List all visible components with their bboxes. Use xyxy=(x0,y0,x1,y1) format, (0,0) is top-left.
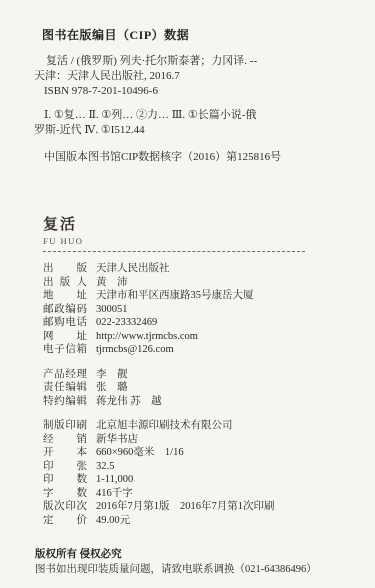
colophon-row: 特约编辑蒋龙伟 苏 越 xyxy=(43,395,347,409)
price-value: 49.00元 xyxy=(96,515,130,526)
colophon-value: 李 靓 xyxy=(96,369,128,380)
rights-statement: 版权所有 侵权必究 xyxy=(35,548,347,563)
cip-record-line2: 天津：天津人民出版社, 2016.7 xyxy=(34,69,347,84)
publishing-info-group: 出版天津人民出版社 出版人黄 沛 地址天津市和平区西康路35号康岳大厦 邮政编码… xyxy=(43,262,347,357)
book-title-pinyin: FU HUO xyxy=(43,236,347,246)
colophon-value: 2016年7月第1版 2016年7月第1次印刷 xyxy=(96,501,275,512)
colophon-value: 新华书店 xyxy=(96,434,138,445)
colophon-value: 660×960毫米 1/16 xyxy=(96,447,184,458)
colophon-label: 出版人 xyxy=(43,276,87,290)
cip-record-line1: 复活 / (俄罗斯) 列夫·托尔斯泰著；力冈译. -- xyxy=(34,54,347,69)
book-title: 复活 xyxy=(43,213,347,234)
cip-record-isbn: ISBN 978-7-201-10496-6 xyxy=(34,84,347,99)
colophon-label: 印张 xyxy=(43,460,87,474)
colophon-value: 北京旭丰源印刷技术有限公司 xyxy=(96,420,233,431)
colophon-row: 字数416千字 xyxy=(43,487,347,501)
divider-line xyxy=(43,251,305,252)
colophon-label: 电子信箱 xyxy=(43,343,87,357)
colophon-label: 出版 xyxy=(43,262,87,276)
title-block: 复活 FU HUO xyxy=(43,213,347,252)
cip-classification-line2: 罗斯-近代 Ⅳ. ①I512.44 xyxy=(34,123,347,138)
cip-classification-line1: Ⅰ. ①复… Ⅱ. ①列… ②力… Ⅲ. ①长篇小说-俄 xyxy=(34,108,347,123)
colophon-row: 制版印刷北京旭丰源印刷技术有限公司 xyxy=(43,419,347,433)
colophon-label: 字数 xyxy=(43,487,87,501)
colophon-label: 邮政编码 xyxy=(43,303,87,317)
colophon-label: 责任编辑 xyxy=(43,381,87,395)
colophon-row: 地址天津市和平区西康路35号康岳大厦 xyxy=(43,289,347,303)
colophon-label: 特约编辑 xyxy=(43,395,87,409)
colophon-label: 制版印刷 xyxy=(43,419,87,433)
colophon-value: 416千字 xyxy=(96,488,133,499)
colophon-label: 开本 xyxy=(43,446,87,460)
colophon-label: 定价 xyxy=(43,514,87,528)
colophon-label: 经销 xyxy=(43,433,87,447)
cip-classification: Ⅰ. ①复… Ⅱ. ①列… ②力… Ⅲ. ①长篇小说-俄 罗斯-近代 Ⅳ. ①I… xyxy=(34,108,347,138)
colophon-value: 32.5 xyxy=(96,461,114,472)
colophon-row: 经销新华书店 xyxy=(43,433,347,447)
quality-notice: 图书如出现印装质量问题，请致电联系调换（021-64386496） xyxy=(35,563,347,578)
editorial-staff-group: 产品经理李 靓 责任编辑张 璐 特约编辑蒋龙伟 苏 越 xyxy=(43,368,347,409)
colophon: 出版天津人民出版社 出版人黄 沛 地址天津市和平区西康路35号康岳大厦 邮政编码… xyxy=(43,262,347,527)
colophon-label: 印数 xyxy=(43,473,87,487)
colophon-row: 邮购电话022-23332469 xyxy=(43,316,347,330)
colophon-value: 300051 xyxy=(96,304,128,315)
colophon-row: 邮政编码300051 xyxy=(43,303,347,317)
colophon-row: 电子信箱tjrmcbs@126.com xyxy=(43,343,347,357)
colophon-row: 定价49.00元 xyxy=(43,514,347,528)
colophon-row: 印数1-11,000 xyxy=(43,473,347,487)
colophon-row: 产品经理李 靓 xyxy=(43,368,347,382)
colophon-value: 1-11,000 xyxy=(96,474,133,485)
colophon-value: 蒋龙伟 苏 越 xyxy=(96,396,162,407)
cip-record: 复活 / (俄罗斯) 列夫·托尔斯泰著；力冈译. -- 天津：天津人民出版社, … xyxy=(34,54,347,99)
colophon-value: 黄 沛 xyxy=(96,277,128,288)
colophon-row: 版次印次2016年7月第1版 2016年7月第1次印刷 xyxy=(43,500,347,514)
cip-registration: 中国版本图书馆CIP数据核字（2016）第125816号 xyxy=(34,148,347,164)
colophon-value: 天津人民出版社 xyxy=(96,263,170,274)
colophon-value: 天津市和平区西康路35号康岳大厦 xyxy=(96,290,254,301)
colophon-row: 开本660×960毫米 1/16 xyxy=(43,446,347,460)
cip-header: 图书在版编目（CIP）数据 xyxy=(42,26,347,43)
copyright-page: 图书在版编目（CIP）数据 复活 / (俄罗斯) 列夫·托尔斯泰著；力冈译. -… xyxy=(0,0,375,588)
colophon-value: 张 璐 xyxy=(96,382,128,393)
colophon-label: 版次印次 xyxy=(43,500,87,514)
colophon-row: 责任编辑张 璐 xyxy=(43,381,347,395)
website-url: http://www.tjrmcbs.com xyxy=(96,331,198,342)
footer-notices: 版权所有 侵权必究 图书如出现印装质量问题，请致电联系调换（021-643864… xyxy=(35,548,347,577)
printing-info-group: 制版印刷北京旭丰源印刷技术有限公司 经销新华书店 开本660×960毫米 1/1… xyxy=(43,419,347,527)
colophon-label: 产品经理 xyxy=(43,368,87,382)
colophon-row: 网址http://www.tjrmcbs.com xyxy=(43,330,347,344)
colophon-row: 出版天津人民出版社 xyxy=(43,262,347,276)
colophon-label: 邮购电话 xyxy=(43,316,87,330)
colophon-label: 网址 xyxy=(43,330,87,344)
email-address: tjrmcbs@126.com xyxy=(96,344,174,355)
colophon-row: 印张32.5 xyxy=(43,460,347,474)
colophon-label: 地址 xyxy=(43,289,87,303)
colophon-row: 出版人黄 沛 xyxy=(43,276,347,290)
colophon-value: 022-23332469 xyxy=(96,317,157,328)
